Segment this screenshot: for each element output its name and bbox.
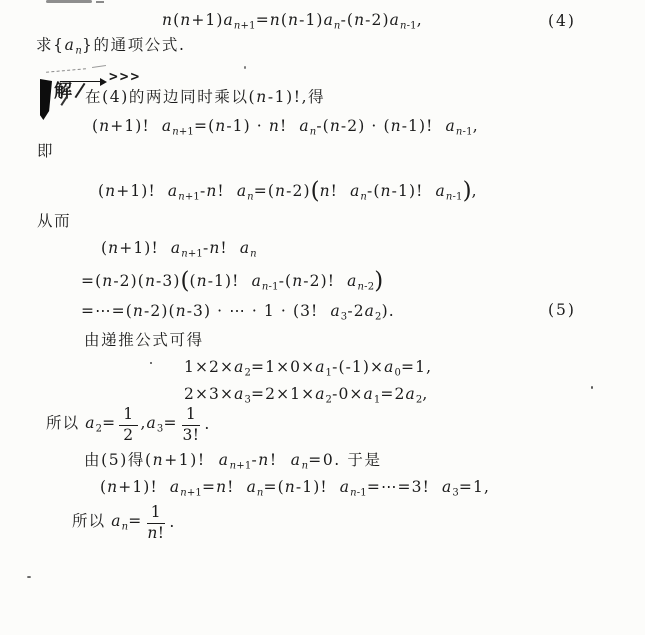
final-suffix: . bbox=[169, 513, 175, 532]
brush-stroke-icon bbox=[40, 79, 52, 120]
problem-ask: 求{an}的通项公式. bbox=[36, 36, 186, 58]
fraction-a2: 12 bbox=[119, 406, 137, 443]
scan-smudge bbox=[46, 0, 92, 3]
equation-tag-4: (4) bbox=[548, 12, 576, 30]
scan-speck bbox=[27, 576, 31, 578]
values-conclusion: 所以 a2=12,a3=13!. bbox=[46, 407, 210, 443]
connective-ie: 即 bbox=[37, 142, 54, 161]
values-mid: ,a3= bbox=[141, 414, 178, 436]
equation-4: n(n+1)an+1=n(n-1)an-(n-2)an-1, bbox=[162, 11, 423, 33]
eq-lhs: (n+1)! an+1-n! an bbox=[101, 239, 257, 261]
fraction-an: 1n! bbox=[145, 504, 166, 541]
connective-thus: 从而 bbox=[37, 212, 71, 231]
scan-smudge bbox=[96, 1, 104, 3]
slash-mark-icon bbox=[75, 83, 86, 98]
step-from-5: 由(5)得(n+1)! an+1-n! an=0. 于是 bbox=[84, 451, 382, 473]
final-prefix: 所以 an= bbox=[72, 512, 142, 534]
scan-speck bbox=[150, 362, 152, 364]
chevrons-icon: >>> bbox=[109, 69, 141, 85]
eq-telescope: =(n-2)(n-3)((n-1)! an-1-(n-2)! an-2) bbox=[81, 267, 383, 296]
textbook-page: n(n+1)an+1=n(n-1)an-(n-2)an-1, (4) 求{an}… bbox=[0, 0, 645, 635]
eq-chain: (n+1)! an+1=n! an=(n-1)! an-1=⋯=3! a3=1, bbox=[100, 478, 490, 500]
fraction-a3: 13! bbox=[181, 406, 202, 443]
equation-tag-5: (5) bbox=[548, 301, 576, 319]
arrow-head-icon bbox=[100, 78, 107, 86]
scan-speck bbox=[591, 386, 593, 389]
values-prefix: 所以 a2= bbox=[46, 414, 116, 436]
eq-telescope-end: =⋯=(n-2)(n-3) · ⋯ · 1 · (3! a3-2a2). bbox=[81, 302, 395, 324]
scan-speck bbox=[244, 66, 246, 69]
dashed-line-icon bbox=[46, 68, 86, 72]
recurrence-note: 由递推公式可得 bbox=[84, 331, 204, 350]
eq-grouped: (n+1)! an+1-n! an=(n-2)(n! an-(n-1)! an-… bbox=[98, 177, 478, 206]
step-multiply: 在(4)的两边同时乘以(n-1)!,得 bbox=[85, 88, 325, 107]
arrow-shaft-icon bbox=[60, 81, 101, 82]
eq-expanded: (n+1)! an+1=(n-1) · n! an-(n-2) · (n-1)!… bbox=[92, 117, 479, 139]
eq-case-2: 2×3×a3=2×1×a2-0×a1=2a2, bbox=[184, 385, 428, 407]
dashed-line-icon bbox=[92, 65, 106, 68]
final-conclusion: 所以 an=1n!. bbox=[72, 503, 175, 543]
eq-case-1: 1×2×a2=1×0×a1-(-1)×a0=1, bbox=[184, 358, 432, 380]
values-suffix: . bbox=[204, 415, 210, 434]
